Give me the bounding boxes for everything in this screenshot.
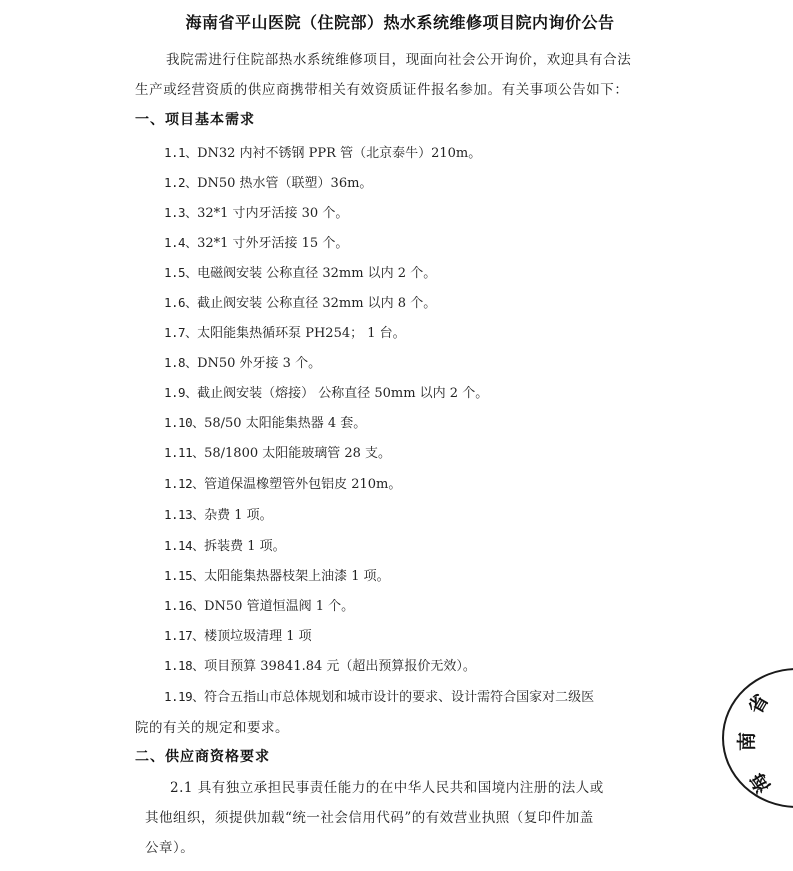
list-item: 1.8、DN50 外牙接 3 个。 — [164, 352, 321, 371]
requirement-line-2: 其他组织，须提供加载“统一社会信用代码”的有效营业执照（复印件加盖 — [145, 806, 594, 826]
list-item: 1.5、电磁阀安装 公称直径 32mm 以内 2 个。 — [164, 262, 436, 281]
list-item: 1.15、太阳能集热器枝架上油漆 1 项。 — [164, 565, 390, 584]
seal-char: 南 — [732, 732, 759, 751]
list-item: 1.11、58/1800 太阳能玻璃管 28 支。 — [164, 442, 391, 461]
list-item: 1.6、截止阀安装 公称直径 32mm 以内 8 个。 — [164, 292, 436, 311]
list-item: 1.4、32*1 寸外牙活接 15 个。 — [164, 232, 348, 251]
list-item: 1.12、管道保温橡塑管外包铝皮 210m。 — [164, 473, 401, 492]
list-item: 1.16、DN50 管道恒温阀 1 个。 — [164, 595, 354, 614]
list-item: 1.18、项目预算 39841.84 元（超出预算报价无效）。 — [164, 655, 476, 674]
seal-char: 海 — [743, 768, 776, 799]
list-item: 1.13、杂费 1 项。 — [164, 504, 273, 523]
intro-paragraph-line-2: 生产或经营资质的供应商携带相关有效资质证件报名参加。有关事项公告如下： — [135, 78, 629, 98]
official-seal-text: 省 南 海 — [736, 690, 793, 810]
list-item: 1.14、拆装费 1 项。 — [164, 535, 286, 554]
list-item: 1.19、符合五指山市总体规划和城市设计的要求、设计需符合国家对二级医 — [164, 686, 594, 705]
intro-paragraph-line-1: 我院需进行住院部热水系统维修项目，现面向社会公开询价，欢迎具有合法 — [166, 48, 631, 68]
section-1-heading: 一、项目基本需求 — [135, 109, 255, 129]
list-item: 1.3、32*1 寸内牙活接 30 个。 — [164, 202, 348, 221]
list-item: 1.7、太阳能集热循环泵 PH254； 1 台。 — [164, 322, 406, 341]
section-2-heading: 二、供应商资格要求 — [135, 746, 270, 766]
requirement-line-1: 2.1 具有独立承担民事责任能力的在中华人民共和国境内注册的法人或 — [170, 776, 604, 796]
requirement-line-3: 公章）。 — [145, 836, 194, 856]
list-item: 1.10、58/50 太阳能集热器 4 套。 — [164, 412, 366, 431]
document-page: 海南省平山医院（住院部）热水系统维修项目院内询价公告 我院需进行住院部热水系统维… — [0, 0, 793, 871]
document-title: 海南省平山医院（住院部）热水系统维修项目院内询价公告 — [150, 10, 650, 33]
list-item: 1.2、DN50 热水管（联塑）36m。 — [164, 172, 372, 191]
list-item: 1.17、楼顶垃圾清理 1 项 — [164, 625, 312, 644]
list-item: 1.1、DN32 内衬不锈钢 PPR 管（北京泰牛）210m。 — [164, 142, 481, 161]
seal-char: 省 — [741, 689, 774, 719]
list-item-continuation: 院的有关的规定和要求。 — [135, 716, 289, 736]
list-item: 1.9、截止阀安装（熔接） 公称直径 50mm 以内 2 个。 — [164, 382, 488, 401]
